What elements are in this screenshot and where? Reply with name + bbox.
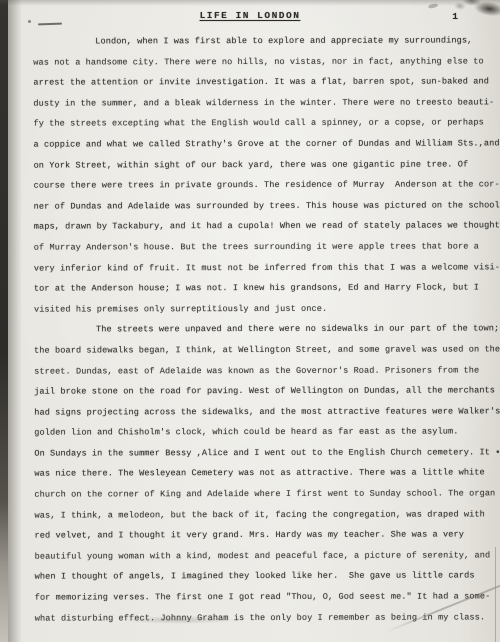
title-row: LIFE IN LONDON 1 <box>0 10 500 28</box>
typed-line: arrest the attention or invite investiga… <box>33 72 485 94</box>
typed-body: London, when I was first able to explore… <box>33 30 487 628</box>
typed-line: was not a handsome city. There were no h… <box>33 51 485 73</box>
typed-line: jail broke stone on the road for paving.… <box>34 381 486 403</box>
typed-line: ner of Dundas and Adelaide was surrounde… <box>34 195 486 217</box>
page-top-edge <box>0 0 500 6</box>
typed-line: beautiful young woman with a kind, modes… <box>35 545 487 567</box>
typed-line: was nice there. The Wesleyean Cemetery w… <box>34 463 486 485</box>
corner-stain-dot <box>428 3 439 9</box>
typed-line: very inferior kind of fruit. It must not… <box>34 257 486 279</box>
typed-line: tor at the Anderson house; I was not. I … <box>34 278 486 300</box>
typed-line: London, when I was first able to explore… <box>33 30 485 52</box>
typed-line: The streets were unpaved and there were … <box>34 319 486 341</box>
typed-line: when I thought of angels, I imagined the… <box>35 566 487 588</box>
binding-strip <box>0 0 8 642</box>
typed-line: for memorizing verses. The first one I g… <box>35 586 487 608</box>
typed-line: church on the corner of King and Adelaid… <box>34 483 486 505</box>
typed-line: red velvet, and I thought it very grand.… <box>35 525 487 547</box>
typed-line: course there were trees in private groun… <box>34 175 486 197</box>
page-title: LIFE IN LONDON <box>0 10 500 21</box>
typed-line: the board sidewalks began, I think, at W… <box>34 339 486 361</box>
typed-line: of Murray Anderson's house. But the tree… <box>34 236 486 258</box>
typed-line: golden lion and Chisholm's clock, which … <box>34 422 486 444</box>
typed-line: on York Street, within sight of our back… <box>34 154 486 176</box>
page-right-edge <box>495 547 497 642</box>
bottom-smudge <box>118 616 238 624</box>
binding-shadow <box>8 0 22 642</box>
page-number: 1 <box>452 11 458 22</box>
typed-line: dusty in the summer, and a bleak wildern… <box>33 92 485 114</box>
typed-line: visited his premises only surreptitiousl… <box>34 298 486 320</box>
typed-line: had signs projecting across the sidewalk… <box>34 401 486 423</box>
scanned-page: LIFE IN LONDON 1 London, when I was firs… <box>0 0 500 642</box>
typed-line: a coppice and what we called Strathy's G… <box>33 133 485 155</box>
typed-line: was, I think, a melodeon, but the back o… <box>34 504 486 526</box>
typed-line: fy the streets excepting what the Englis… <box>33 113 485 135</box>
typed-line: street. Dundas, east of Adelaide was kno… <box>34 360 486 382</box>
typed-line: maps, drawn by Tackabury, and it had a c… <box>34 216 486 238</box>
typed-line: On Sundays in the summer Bessy ,Alice an… <box>34 442 486 464</box>
